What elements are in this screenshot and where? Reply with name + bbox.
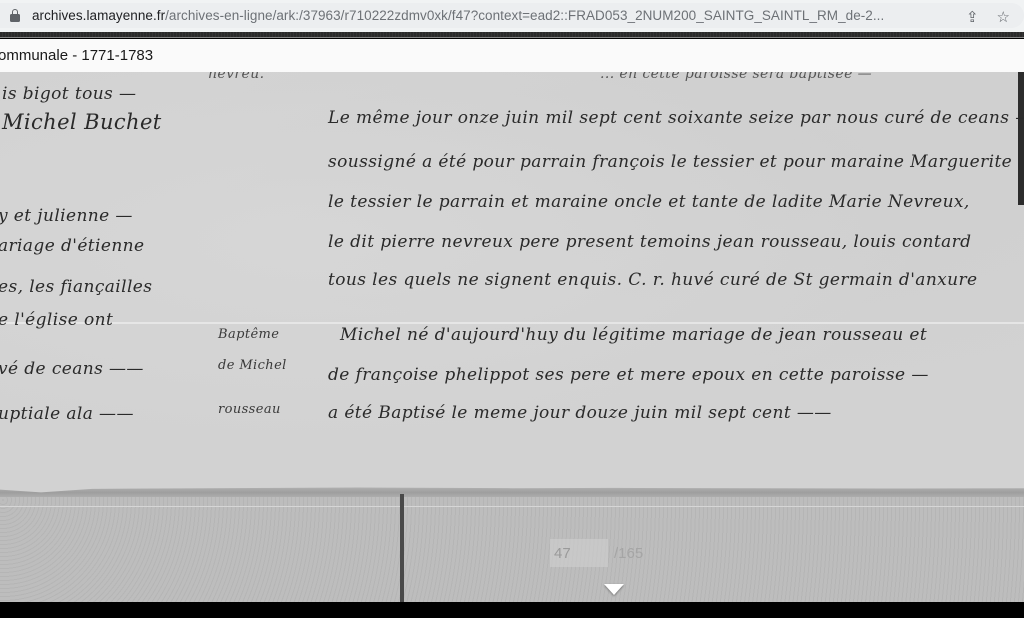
page-edge-bar <box>1018 72 1024 205</box>
main-line-4: le dit pierre nevreux pere present temoi… <box>328 232 971 252</box>
backing-rule <box>400 494 404 602</box>
margin-note-line-2: de Michel <box>218 358 287 373</box>
address-bar[interactable]: archives.lamayenne.fr/archives-en-ligne/… <box>0 3 1024 28</box>
margin-note-line-1: Baptême <box>218 327 279 342</box>
page-total: /165 <box>614 545 643 562</box>
main-line-2: soussigné a été pour parrain françois le… <box>328 152 1012 172</box>
main-line-0: ... en cette paroisse sera baptisée — <box>600 72 872 82</box>
main-line-5: tous les quels ne signent enquis. C. r. … <box>328 270 978 290</box>
viewer-title-bar: ommunale - 1771-1783 <box>0 39 1024 72</box>
left-line-8: uptiale ala —— <box>0 404 134 424</box>
left-line-4: ariage d'étienne <box>0 236 144 256</box>
browser-toolbar: archives.lamayenne.fr/archives-en-ligne/… <box>0 0 1024 32</box>
margin-note-top: nevreu. <box>208 72 264 82</box>
lock-icon[interactable] <box>10 9 20 22</box>
page-number-input[interactable]: 47 <box>550 539 608 567</box>
document-viewer[interactable]: nevreu. is bigot tous — Michel Buchet y … <box>0 72 1024 602</box>
star-icon[interactable]: ☆ <box>997 8 1010 28</box>
main-line-3: le tessier le parrain et maraine oncle e… <box>328 192 970 212</box>
backing-page <box>0 497 1024 602</box>
margin-note-line-3: rousseau <box>218 402 281 417</box>
url-host: archives.lamayenne.fr <box>32 8 165 23</box>
url-text[interactable]: archives.lamayenne.fr/archives-en-ligne/… <box>32 8 884 23</box>
bottom-bar <box>0 602 1024 618</box>
left-line-1: is bigot tous — <box>2 84 136 104</box>
paper-fold-line <box>0 322 1024 324</box>
backing-line <box>0 506 1024 507</box>
left-line-3: y et julienne — <box>0 206 133 226</box>
main-line-6: Michel né d'aujourd'huy du légitime mari… <box>340 325 927 345</box>
left-line-7: vé de ceans —— <box>0 359 144 379</box>
main-line-7: de françoise phelippot ses pere et mere … <box>328 365 929 385</box>
main-line-1: Le même jour onze juin mil sept cent soi… <box>328 108 1024 128</box>
url-path: /archives-en-ligne/ark:/37963/r710222zdm… <box>165 8 884 23</box>
left-line-5: es, les fiançailles <box>0 277 152 297</box>
document-title: ommunale - 1771-1783 <box>0 47 153 64</box>
viewer-top-strip <box>0 32 1024 38</box>
share-icon[interactable]: ⇪ <box>966 8 979 28</box>
main-line-8: a été Baptisé le meme jour douze juin mi… <box>328 403 832 423</box>
left-line-2: Michel Buchet <box>2 110 162 134</box>
chevron-down-icon[interactable] <box>604 584 624 595</box>
page-navigator: 47 /165 <box>550 538 643 568</box>
left-line-6: e l'église ont <box>0 310 113 330</box>
